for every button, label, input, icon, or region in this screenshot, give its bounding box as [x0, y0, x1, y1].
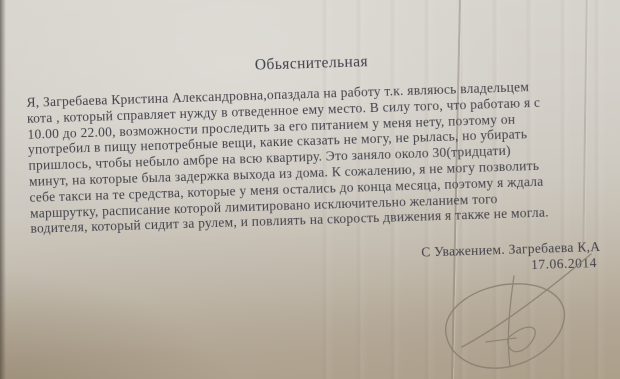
photo-left-edge-shadow — [0, 0, 6, 379]
document-photo: Обьяснительная Я, Загребаева Кристина Ал… — [0, 0, 620, 379]
handwritten-signature-icon — [418, 242, 608, 379]
document-title: Обьяснительная — [22, 46, 600, 82]
document-body: Я, Загребаева Кристина Александровна,опа… — [23, 77, 605, 237]
